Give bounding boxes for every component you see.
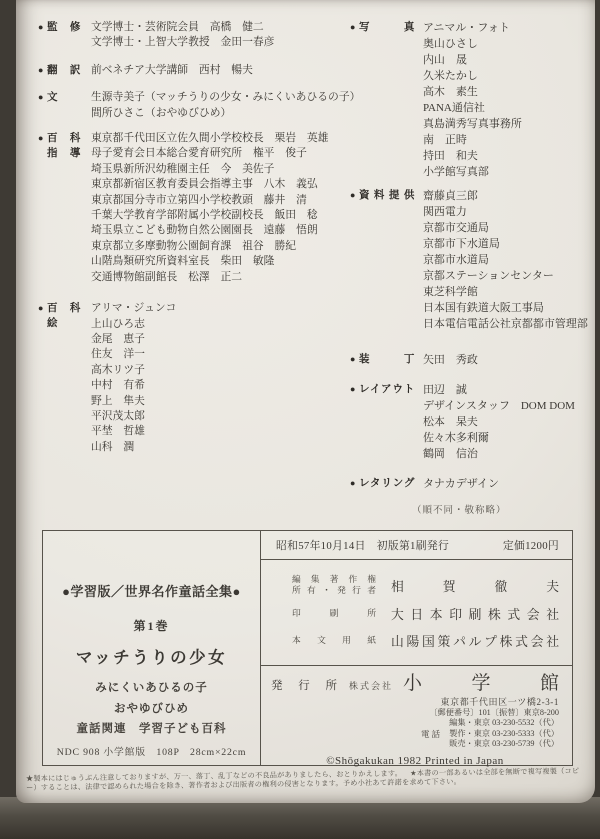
row-value: 山陽国策パルプ株式会社 — [391, 631, 559, 650]
credit-line: 日本電信電話公社京都都市管理部 — [423, 316, 581, 332]
credit-section-materials: ● 資料提供 齋藤貞三郎関西電力京都市交通局京都市下水道局京都市水道局京都ステー… — [350, 188, 581, 332]
credit-line: 松本 杲夫 — [423, 414, 575, 430]
series-title: ●学習版／世界名作童話全集● — [43, 581, 260, 600]
credit-section-label-text: 監修 — [47, 20, 81, 35]
credit-line: 母子愛育会日本総合愛育研究所 権平 俊子 — [91, 146, 329, 161]
credit-line: 齋藤貞三郎 — [423, 188, 581, 204]
credit-line: 高木 素生 — [423, 84, 522, 100]
book-title: マッチうりの少女 — [43, 644, 260, 668]
order-disclaimer-note: （順不同・敬称略） — [412, 502, 581, 516]
bullet-icon: ● — [38, 301, 44, 316]
credit-line: 野上 隼夫 — [91, 394, 177, 409]
credit-line: 奥山ひさし — [423, 36, 522, 52]
bullet-icon: ● — [38, 20, 44, 35]
credit-entries: 田辺 誠デザインスタッフ DOM DOM松本 杲夫佐々木多利爾鶴岡 信治 — [423, 382, 575, 462]
bullet-icon: ● — [38, 63, 44, 78]
edition-row: 昭和57年10月14日 初版第1刷発行 定価1200円 — [261, 531, 572, 560]
credit-entries: アリマ・ジュンコ上山ひろ志金尾 恵子住友 洋一高木リツ子中村 有希野上 隼夫平沢… — [91, 301, 177, 455]
credit-line: 矢田 秀政 — [423, 352, 478, 368]
edition-date: 昭和57年10月14日 初版第1刷発行 — [276, 538, 449, 553]
credit-section-label: ● 百科 指導 — [38, 131, 81, 161]
credit-line: 久米たかし — [423, 68, 522, 84]
credit-section-lettering: ● レタリング タナカデザイン — [350, 476, 581, 492]
credit-section-encyclopedia-guidance: ● 百科 指導 東京都千代田区立佐久間小学校校長 栗岩 英雄母子愛育会日本総合愛… — [38, 131, 338, 285]
publisher-label: 発行所 — [271, 677, 337, 693]
credit-entries: 前ベネチア大学講師 西村 暢夫 — [91, 63, 253, 78]
row-label: 編集著作権 所有・発行者 — [292, 574, 376, 596]
credit-section-label-text: 文 — [47, 90, 81, 105]
credit-line: 山科 潤 — [91, 440, 177, 455]
publisher-corporation: 株式会社 — [349, 679, 393, 692]
credit-line: 千葉大学教育学部附属小学校副校長 飯田 稔 — [91, 208, 329, 223]
publisher-address-line2: 〔郵便番号〕101〔振替〕東京8-200 — [271, 708, 559, 719]
credit-line: 関西電力 — [423, 204, 581, 220]
credit-entries: 矢田 秀政 — [423, 352, 478, 368]
book-subtitles: みにくいあひるの子おやゆびひめ童話関連 学習子ども百科 — [43, 678, 260, 740]
colophon-publication-cell: 昭和57年10月14日 初版第1刷発行 定価1200円 編集著作権 所有・発行者… — [261, 531, 572, 765]
copyright-line: ©Shōgakukan 1982 Printed in Japan — [271, 755, 559, 767]
footnote-disclaimers: ★製本にはじゅうぶん注意しておりますが、万一、落丁、乱丁などの不良品がありました… — [26, 767, 587, 794]
phone-line: 製作・東京 03-230-5333（代） — [449, 729, 559, 740]
credit-line: 東京都新宿区教育委員会指導主事 八木 義弘 — [91, 177, 329, 192]
credit-line: 京都市下水道局 — [423, 236, 581, 252]
phone-line: 編集・東京 03-230-5532（代） — [449, 718, 559, 729]
credit-line: 平埜 哲雄 — [91, 424, 177, 439]
bullet-icon: ● — [38, 131, 44, 146]
publisher-name: 小学館 — [403, 674, 559, 694]
credit-line: 埼玉県立こども動物自然公園園長 遠藤 悟朗 — [91, 223, 329, 238]
publication-row-printer: 印刷所 大日本印刷株式会社 — [261, 604, 559, 623]
credit-section-label-text: 資料提供 — [359, 188, 415, 203]
credit-line: 文学博士・芸術院会員 高橋 健二 — [91, 20, 275, 35]
row-value: 相賀徹夫 — [391, 576, 559, 595]
credit-line: 生源寺美子（マッチうりの少女・みにくいあひるの子） — [91, 90, 338, 105]
credit-line: アリマ・ジュンコ — [91, 301, 177, 316]
credit-section-label-text: 百科 絵 — [47, 301, 81, 331]
photo-background-edge — [0, 797, 600, 839]
credit-section-label-text: レタリング — [359, 476, 415, 491]
credit-entries: 東京都千代田区立佐久間小学校校長 栗岩 英雄母子愛育会日本総合愛育研究所 権平 … — [91, 131, 329, 285]
bullet-icon: ● — [350, 476, 356, 491]
publisher-section: 発行所 株式会社 小学館 東京都千代田区一ツ橋2-3-1 〔郵便番号〕101〔振… — [261, 666, 572, 771]
publisher-details: 東京都千代田区一ツ橋2-3-1 〔郵便番号〕101〔振替〕東京8-200 電話 … — [271, 697, 559, 750]
price: 定価1200円 — [503, 538, 559, 553]
credit-section-label: ● レイアウト — [350, 382, 415, 397]
credit-line: 東京都国分寺市立第四小学校教頭 藤井 清 — [91, 193, 329, 208]
ndc-classification: NDC 908 小学館版 108P 28cm×22cm — [43, 744, 260, 758]
credit-line: 平沢茂太郎 — [91, 409, 177, 424]
credit-entries: アニマル・フォト奥山ひさし内山 晟久米たかし高木 素生PANA通信社真島満秀写真… — [423, 20, 522, 180]
credit-line: 金尾 恵子 — [91, 332, 177, 347]
credit-line: 京都ステーションセンター — [423, 268, 581, 284]
credit-section-label: ● 資料提供 — [350, 188, 415, 203]
credit-line: 持田 和夫 — [423, 148, 522, 164]
credit-section-label-text: 百科 指導 — [47, 131, 81, 161]
volume-number: 第1巻 — [43, 617, 260, 634]
credit-line: 交通博物館副館長 松澤 正二 — [91, 270, 329, 285]
credit-section-label-text: 写真 — [359, 20, 415, 35]
credit-section-label: ● 写真 — [350, 20, 415, 35]
telephone-row: 電話 編集・東京 03-230-5532（代）製作・東京 03-230-5333… — [271, 718, 559, 750]
publication-row-paper: 本文用紙 山陽国策パルプ株式会社 — [261, 631, 559, 650]
credit-line: 東芝科学館 — [423, 284, 581, 300]
credit-line: 小学館写真部 — [423, 164, 522, 180]
bullet-icon: ● — [350, 188, 356, 203]
telephone-label: 電話 — [421, 729, 442, 740]
credit-section-encyclopedia-illustration: ● 百科 絵 アリマ・ジュンコ上山ひろ志金尾 恵子住友 洋一高木リツ子中村 有希… — [38, 301, 338, 455]
credit-section-supervision: ● 監修 文学博士・芸術院会員 高橋 健二文学博士・上智大学教授 金田一春彦 — [38, 20, 338, 51]
telephone-numbers: 編集・東京 03-230-5532（代）製作・東京 03-230-5333（代）… — [449, 718, 559, 750]
credit-section-label: ● 文 — [38, 90, 81, 105]
credit-line: 中村 有希 — [91, 378, 177, 393]
credit-section-label: ● 翻訳 — [38, 63, 81, 78]
credit-section-photography: ● 写真 アニマル・フォト奥山ひさし内山 晟久米たかし高木 素生PANA通信社真… — [350, 20, 581, 180]
credit-section-label-text: レイアウト — [359, 382, 415, 397]
credit-section-layout: ● レイアウト 田辺 誠デザインスタッフ DOM DOM松本 杲夫佐々木多利爾鶴… — [350, 382, 581, 462]
publisher-row: 発行所 株式会社 小学館 — [271, 674, 559, 694]
credit-line: アニマル・フォト — [423, 20, 522, 36]
credit-section-label: ● 監修 — [38, 20, 81, 35]
credit-line: タナカデザイン — [423, 476, 499, 492]
credit-line: 南 正時 — [423, 132, 522, 148]
colophon-title-cell: ●学習版／世界名作童話全集● 第1巻 マッチうりの少女 みにくいあひるの子おやゆ… — [43, 531, 261, 765]
bullet-icon: ● — [350, 20, 356, 35]
credit-line: 東京都千代田区立佐久間小学校校長 栗岩 英雄 — [91, 131, 329, 146]
credit-line: 上山ひろ志 — [91, 317, 177, 332]
credit-line: 文学博士・上智大学教授 金田一春彦 — [91, 35, 275, 50]
row-label: 印刷所 — [292, 608, 376, 619]
bullet-icon: ● — [350, 382, 356, 397]
row-label: 本文用紙 — [292, 635, 376, 646]
credit-line: 内山 晟 — [423, 52, 522, 68]
credit-line: 山階鳥類研究所資料室長 柴田 敏隆 — [91, 254, 329, 269]
credit-line: 鶴岡 信治 — [423, 446, 575, 462]
credit-section-translation: ● 翻訳 前ベネチア大学講師 西村 暢夫 — [38, 63, 338, 78]
publication-row-editor: 編集著作権 所有・発行者 相賀徹夫 — [261, 574, 559, 596]
credit-line: PANA通信社 — [423, 100, 522, 116]
colophon-box: ●学習版／世界名作童話全集● 第1巻 マッチうりの少女 みにくいあひるの子おやゆ… — [42, 530, 573, 766]
subtitle-line: 童話関連 学習子ども百科 — [43, 719, 260, 740]
credit-line: 京都市水道局 — [423, 252, 581, 268]
credit-line: 日本国有鉄道大阪工事局 — [423, 300, 581, 316]
credit-section-binding-design: ● 装丁 矢田 秀政 — [350, 352, 581, 368]
subtitle-line: みにくいあひるの子 — [43, 678, 260, 699]
credit-section-label-text: 翻訳 — [47, 63, 81, 78]
publisher-address-line1: 東京都千代田区一ツ橋2-3-1 — [271, 697, 559, 708]
credit-entries: タナカデザイン — [423, 476, 499, 492]
credit-section-label: ● レタリング — [350, 476, 415, 491]
credit-line: 田辺 誠 — [423, 382, 575, 398]
credit-section-label: ● 装丁 — [350, 352, 415, 367]
credit-line: 東京都立多摩動物公園飼育課 祖谷 勝紀 — [91, 239, 329, 254]
credits-left-column: ● 監修 文学博士・芸術院会員 高橋 健二文学博士・上智大学教授 金田一春彦 ●… — [38, 20, 338, 516]
credit-section-label-text: 装丁 — [359, 352, 415, 367]
credit-line: 前ベネチア大学講師 西村 暢夫 — [91, 63, 253, 78]
credit-line: 真島満秀写真事務所 — [423, 116, 522, 132]
credits-area: ● 監修 文学博士・芸術院会員 高橋 健二文学博士・上智大学教授 金田一春彦 ●… — [16, 0, 595, 516]
credit-line: 埼玉県新所沢幼稚園主任 今 美佐子 — [91, 162, 329, 177]
book-colophon-page: ● 監修 文学博士・芸術院会員 高橋 健二文学博士・上智大学教授 金田一春彦 ●… — [16, 0, 595, 803]
credit-entries: 齋藤貞三郎関西電力京都市交通局京都市下水道局京都市水道局京都ステーションセンター… — [423, 188, 581, 332]
credit-line: 間所ひさこ（おやゆびひめ） — [91, 106, 338, 121]
credit-line: 住友 洋一 — [91, 347, 177, 362]
row-value: 大日本印刷株式会社 — [391, 604, 559, 623]
phone-line: 販売・東京 03-230-5739（代） — [449, 739, 559, 750]
credit-line: デザインスタッフ DOM DOM — [423, 398, 575, 414]
credit-line: 高木リツ子 — [91, 363, 177, 378]
credit-entries: 文学博士・芸術院会員 高橋 健二文学博士・上智大学教授 金田一春彦 — [91, 20, 275, 51]
credit-line: 京都市交通局 — [423, 220, 581, 236]
credits-right-column: ● 写真 アニマル・フォト奥山ひさし内山 晟久米たかし高木 素生PANA通信社真… — [350, 20, 581, 516]
credit-section-text: ● 文 生源寺美子（マッチうりの少女・みにくいあひるの子）間所ひさこ（おやゆびひ… — [38, 90, 338, 121]
publication-rows: 編集著作権 所有・発行者 相賀徹夫 印刷所 大日本印刷株式会社 本文用紙 山陽国… — [261, 560, 572, 666]
subtitle-line: おやゆびひめ — [43, 699, 260, 720]
credit-line: 佐々木多利爾 — [423, 430, 575, 446]
credit-section-label: ● 百科 絵 — [38, 301, 81, 331]
bullet-icon: ● — [350, 352, 356, 367]
bullet-icon: ● — [38, 90, 44, 105]
credit-entries: 生源寺美子（マッチうりの少女・みにくいあひるの子）間所ひさこ（おやゆびひめ） — [91, 90, 338, 121]
